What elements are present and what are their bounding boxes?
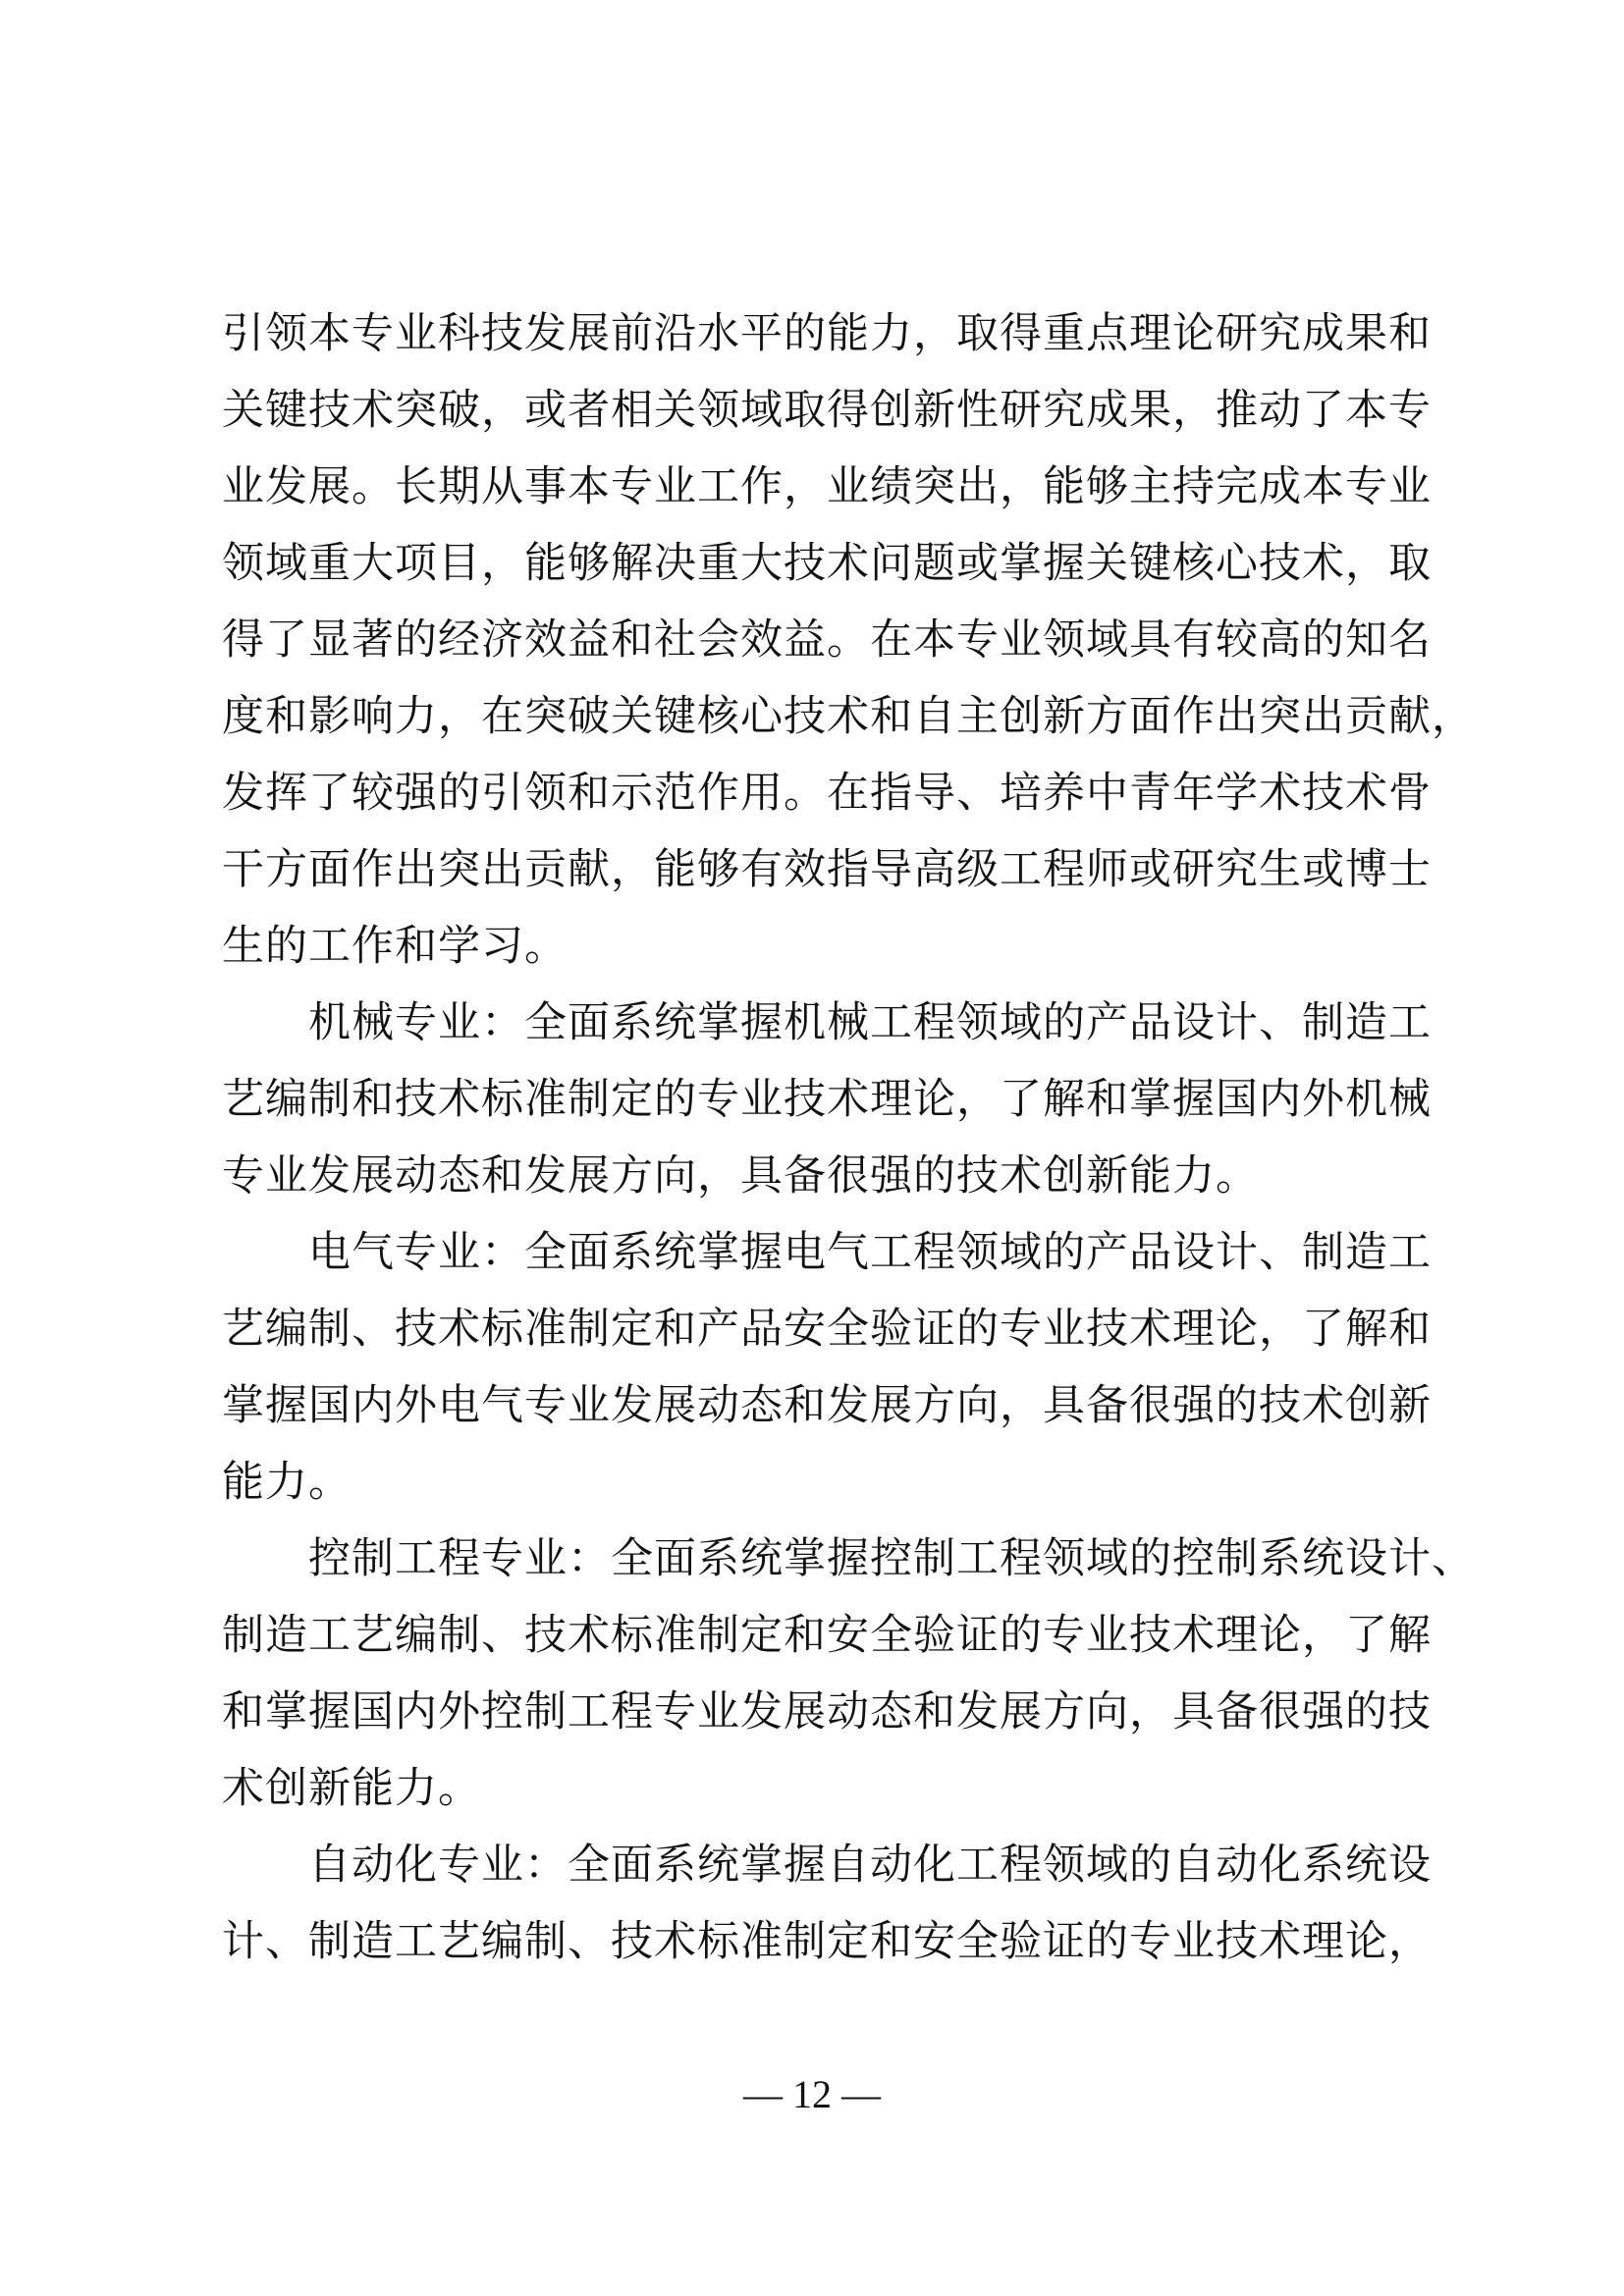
text-line: 关键技术突破，或者相关领域取得创新性研究成果，推动了本专 <box>222 383 1426 459</box>
text-line: 掌握国内外电气专业发展动态和发展方向，具备很强的技术创新 <box>222 1378 1426 1455</box>
text-line: 领域重大项目，能够解决重大技术问题或掌握关键核心技术，取 <box>222 536 1426 613</box>
paragraph-mechanical-start: 机械专业：全面系统掌握机械工程领域的产品设计、制造工 <box>222 995 1426 1072</box>
text-line: 业发展。长期从事本专业工作，业绩突出，能够主持完成本专业 <box>222 459 1426 536</box>
text-line: 干方面作出突出贡献，能够有效指导高级工程师或研究生或博士 <box>222 842 1426 919</box>
text-line: 发挥了较强的引领和示范作用。在指导、培养中青年学术技术骨 <box>222 766 1426 842</box>
text-line: 引领本专业科技发展前沿水平的能力，取得重点理论研究成果和 <box>222 306 1426 383</box>
text-line: 专业发展动态和发展方向，具备很强的技术创新能力。 <box>222 1148 1426 1225</box>
text-line: 度和影响力，在突破关键核心技术和自主创新方面作出突出贡献， <box>222 689 1426 766</box>
text-line: 术创新能力。 <box>222 1761 1426 1838</box>
paragraph-control-engineering-start: 控制工程专业：全面系统掌握控制工程领域的控制系统设计、 <box>222 1531 1426 1608</box>
text-line: 和掌握国内外控制工程专业发展动态和发展方向，具备很强的技 <box>222 1684 1426 1761</box>
text-line: 得了显著的经济效益和社会效益。在本专业领域具有较高的知名 <box>222 613 1426 689</box>
text-line: 能力。 <box>222 1455 1426 1531</box>
paragraph-automation-start: 自动化专业：全面系统掌握自动化工程领域的自动化系统设 <box>222 1838 1426 1914</box>
text-line: 生的工作和学习。 <box>222 919 1426 995</box>
text-line: 计、制造工艺编制、技术标准制定和安全验证的专业技术理论， <box>222 1914 1426 1991</box>
document-body: 引领本专业科技发展前沿水平的能力，取得重点理论研究成果和 关键技术突破，或者相关… <box>222 306 1426 1991</box>
page-number: — 12 — <box>0 2071 1624 2117</box>
text-line: 艺编制和技术标准制定的专业技术理论，了解和掌握国内外机械 <box>222 1072 1426 1148</box>
text-line: 艺编制、技术标准制定和产品安全验证的专业技术理论，了解和 <box>222 1302 1426 1378</box>
text-line: 制造工艺编制、技术标准制定和安全验证的专业技术理论，了解 <box>222 1608 1426 1684</box>
paragraph-electrical-start: 电气专业：全面系统掌握电气工程领域的产品设计、制造工 <box>222 1225 1426 1302</box>
